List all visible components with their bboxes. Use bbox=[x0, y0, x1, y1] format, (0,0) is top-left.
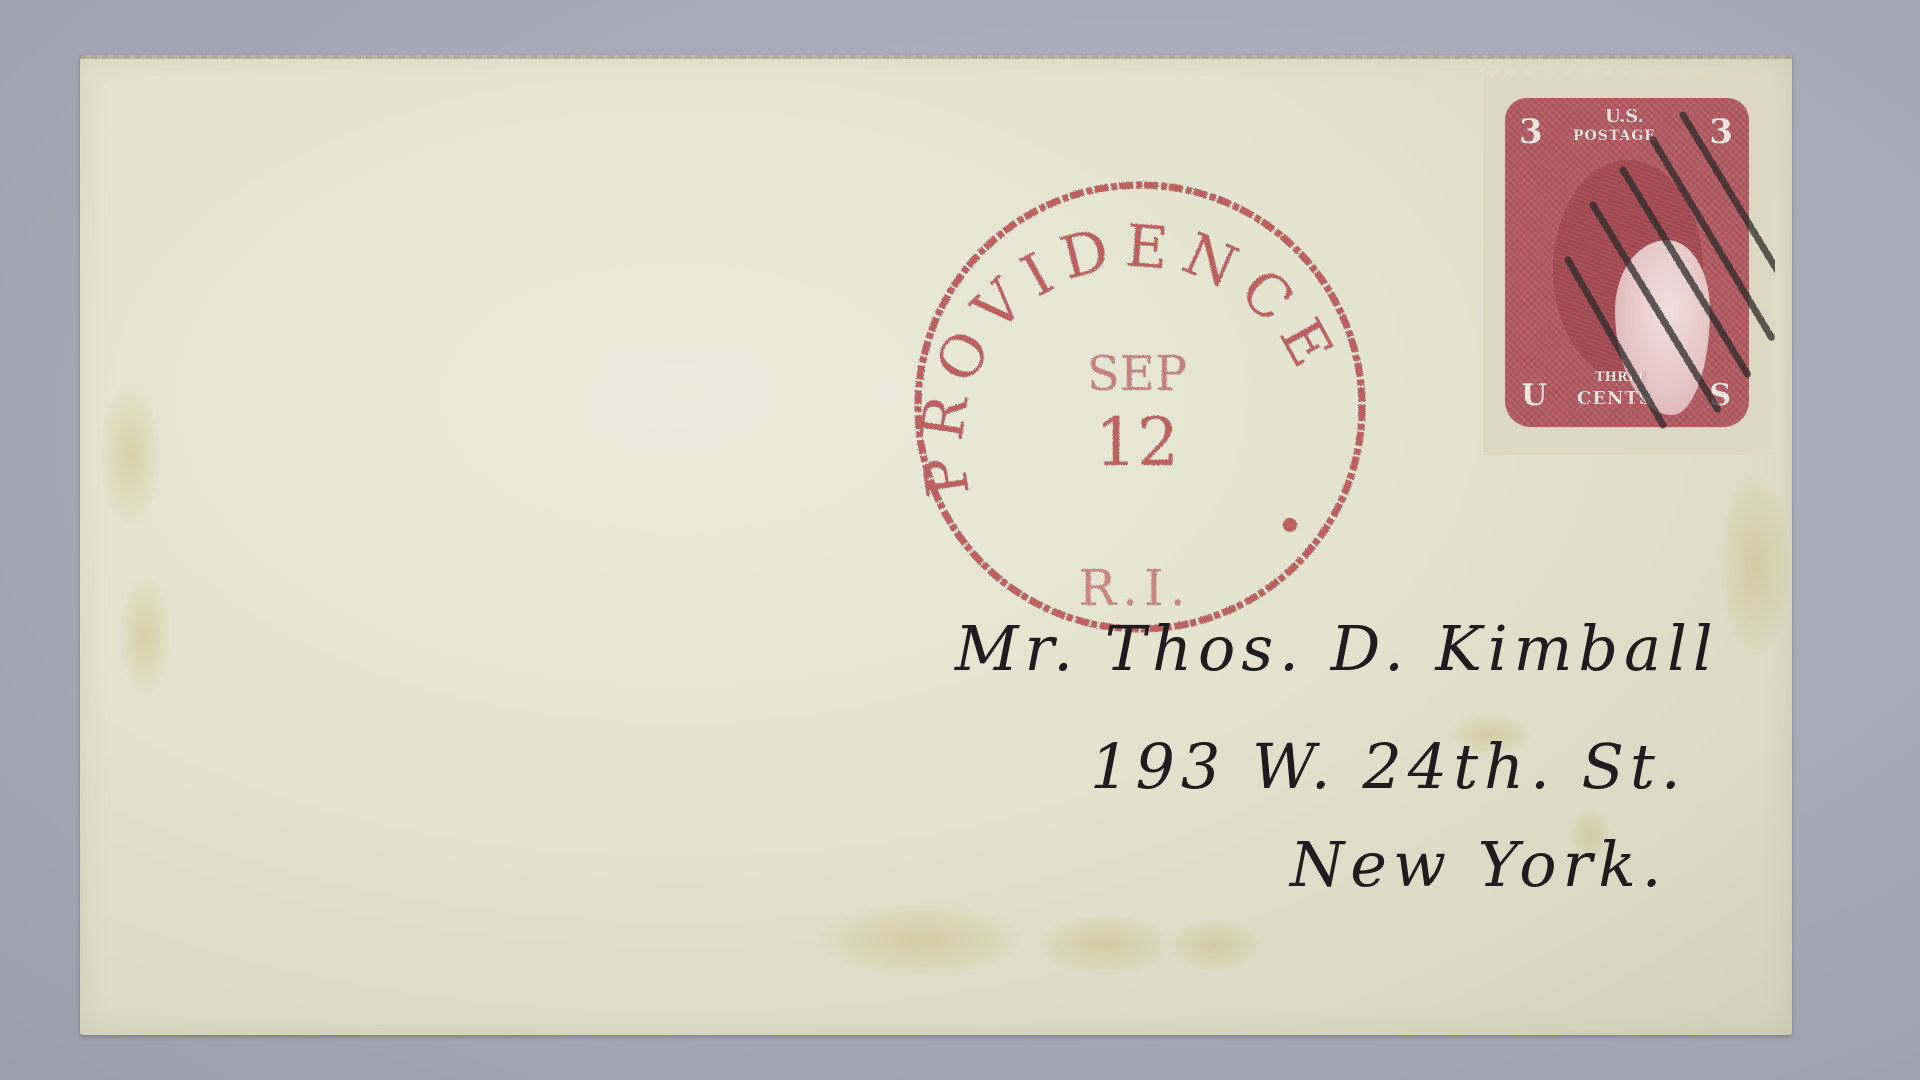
stamp-denomination-left: 3 bbox=[1519, 112, 1543, 152]
stamp-country: U.S. bbox=[1605, 106, 1644, 127]
stamp-corner-u: U bbox=[1521, 378, 1547, 413]
stamp-top-label: POSTAGE bbox=[1573, 128, 1656, 144]
stamp-denomination-right: 3 bbox=[1709, 112, 1733, 152]
photo-scene: U.S. POSTAGE 3 3 U S THREE CENTS bbox=[0, 0, 1920, 1080]
stamp-engraving: U.S. POSTAGE 3 3 U S THREE CENTS bbox=[1505, 98, 1749, 427]
address-city: New York. bbox=[1290, 828, 1668, 901]
stamp-corner-s: S bbox=[1709, 378, 1731, 413]
stain bbox=[1720, 475, 1790, 655]
postage-stamp: U.S. POSTAGE 3 3 U S THREE CENTS bbox=[1483, 70, 1775, 455]
postmark-state: R.I. bbox=[1078, 559, 1191, 617]
address-recipient: Mr. Thos. D. Kimball bbox=[955, 612, 1719, 685]
stain bbox=[820, 905, 1020, 975]
postmark-day: 12 bbox=[1095, 404, 1179, 481]
stain bbox=[120, 575, 170, 695]
postmark-month: SEP bbox=[1087, 346, 1187, 402]
stamp-value-word-2: CENTS bbox=[1577, 388, 1653, 409]
stain bbox=[100, 385, 160, 525]
stain bbox=[1170, 920, 1260, 970]
stamp-portrait-frame bbox=[1553, 160, 1703, 380]
address-street: 193 W. 24th. St. bbox=[1090, 730, 1687, 803]
stamp-value-word-1: THREE bbox=[1595, 370, 1648, 385]
stain bbox=[1040, 915, 1170, 975]
providence-postmark: PROVIDENCE SEP 12 R.I. bbox=[905, 175, 1375, 640]
